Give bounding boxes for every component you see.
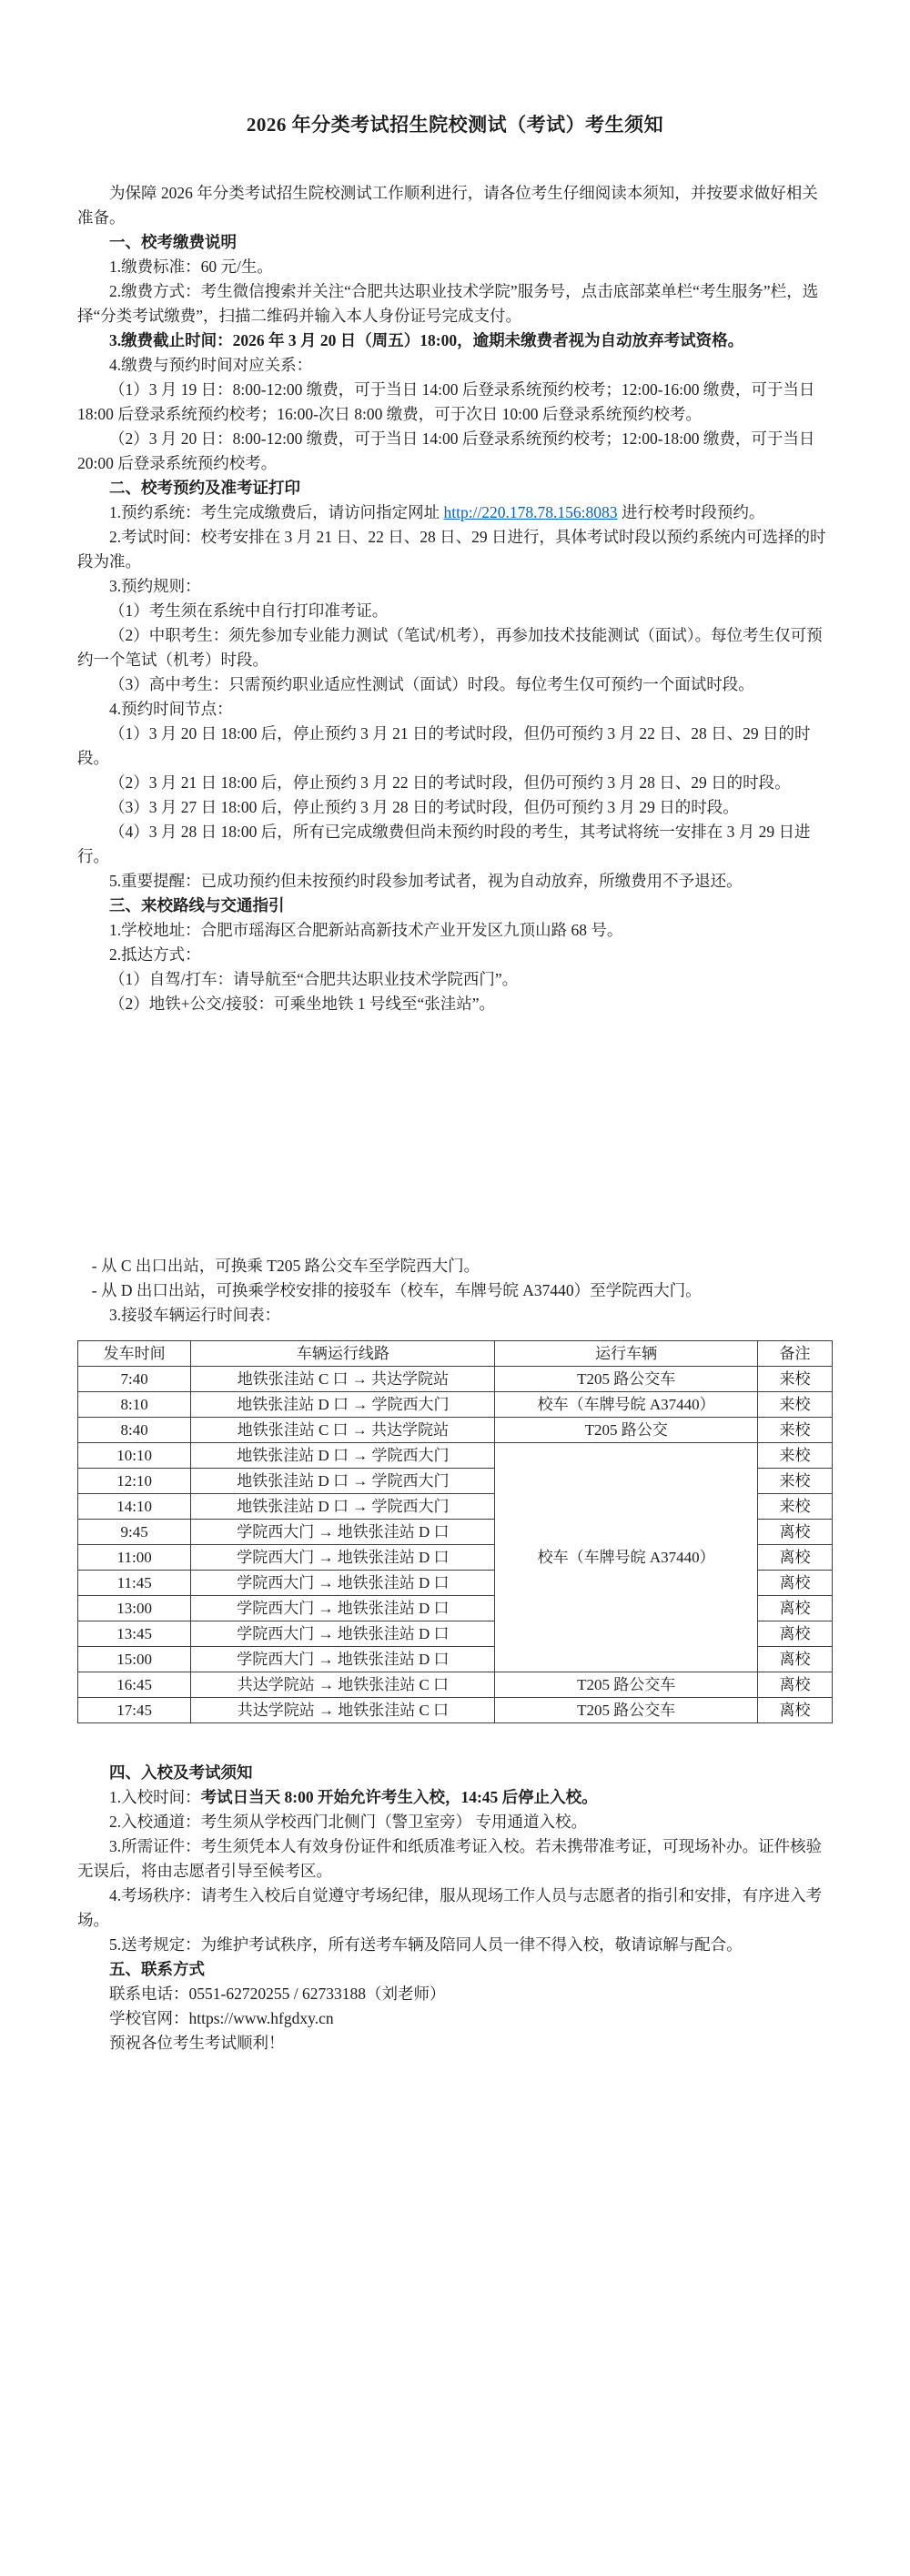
booking-deadline-1: （1）3 月 20 日 18:00 后，停止预约 3 月 21 日的考试时段，但… — [77, 722, 833, 771]
document-page: 2026 年分类考试招生院校测试（考试）考生须知 为保障 2026 年分类考试招… — [0, 0, 910, 2576]
cell-time: 9:45 — [78, 1520, 191, 1545]
booking-system-text-post: 进行校考时段预约。 — [618, 503, 765, 521]
table-header-row: 发车时间 车辆运行线路 运行车辆 备注 — [78, 1341, 833, 1367]
fee-standard: 1.缴费标准：60 元/生。 — [77, 255, 833, 279]
cell-note: 来校 — [757, 1443, 832, 1469]
cell-vehicle-merged: 校车（车牌号皖 A37440） — [495, 1443, 757, 1672]
exam-discipline: 4.考场秩序：请考生入校后自觉遵守考场纪律，服从现场工作人员与志愿者的指引和安排… — [77, 1884, 833, 1933]
entry-gate: 2.入校通道：考生须从学校西门北侧门（警卫室旁） 专用通道入校。 — [77, 1810, 833, 1834]
booking-deadlines: 4.预约时间节点： — [77, 697, 833, 722]
exam-time: 2.考试时间：校考安排在 3 月 21 日、22 日、28 日、29 日进行，具… — [77, 525, 833, 574]
booking-system-link[interactable]: http://220.178.78.156:8083 — [444, 503, 618, 521]
cell-route: 学院西大门 → 地铁张洼站 D 口 — [191, 1647, 495, 1672]
cell-route: 学院西大门 → 地铁张洼站 D 口 — [191, 1545, 495, 1571]
table-row: 16:45 共达学院站 → 地铁张洼站 C 口 T205 路公交车 离校 — [78, 1672, 833, 1698]
header-note: 备注 — [757, 1341, 832, 1367]
important-reminder: 5.重要提醒：已成功预约但未按预约时段参加考试者，视为自动放弃，所缴费用不予退还… — [77, 869, 833, 894]
cell-note: 离校 — [757, 1647, 832, 1672]
cell-time: 8:10 — [78, 1392, 191, 1418]
entry-time-label: 1.入校时间： — [109, 1788, 201, 1806]
cell-time: 17:45 — [78, 1698, 191, 1723]
cell-time: 7:40 — [78, 1367, 191, 1392]
contact-phone: 联系电话：0551-62720255 / 62733188（刘老师） — [77, 1982, 833, 2006]
escort-rule: 5.送考规定：为维护考试秩序，所有送考车辆及陪同人员一律不得入校，敬请谅解与配合… — [77, 1933, 833, 1957]
booking-rule-vocational: （2）中职考生：须先参加专业能力测试（笔试/机考），再参加技术技能测试（面试）。… — [77, 623, 833, 672]
header-vehicle: 运行车辆 — [495, 1341, 757, 1367]
booking-deadline-4: （4）3 月 28 日 18:00 后，所有已完成缴费但尚未预约时段的考生，其考… — [77, 820, 833, 869]
cell-route: 学院西大门 → 地铁张洼站 D 口 — [191, 1621, 495, 1647]
section5-heading: 五、联系方式 — [77, 1957, 833, 1982]
cell-note: 离校 — [757, 1520, 832, 1545]
section2-heading: 二、校考预约及准考证打印 — [77, 476, 833, 500]
closing-wish: 预祝各位考生考试顺利！ — [77, 2031, 833, 2056]
cell-vehicle: T205 路公交 — [495, 1418, 757, 1443]
fee-relation-march20: （2）3 月 20 日：8:00-12:00 缴费，可于当日 14:00 后登录… — [77, 427, 833, 476]
entry-time-line: 1.入校时间：考试日当天 8:00 开始允许考生入校，14:45 后停止入校。 — [77, 1785, 833, 1810]
exit-c-note: - 从 C 出口出站，可换乘 T205 路公交车至学院西大门。 — [77, 1254, 833, 1278]
shuttle-schedule-table: 发车时间 车辆运行线路 运行车辆 备注 7:40 地铁张洼站 C 口 → 共达学… — [77, 1340, 833, 1723]
school-address: 1.学校地址：合肥市瑶海区合肥新站高新技术产业开发区九顶山路 68 号。 — [77, 918, 833, 943]
fee-deadline: 3.缴费截止时间：2026 年 3 月 20 日（周五）18:00，逾期未缴费者… — [77, 328, 833, 353]
cell-vehicle: 校车（车牌号皖 A37440） — [495, 1392, 757, 1418]
cell-note: 离校 — [757, 1545, 832, 1571]
cell-note: 来校 — [757, 1392, 832, 1418]
fee-method: 2.缴费方式：考生微信搜索并关注“合肥共达职业技术学院”服务号，点击底部菜单栏“… — [77, 279, 833, 328]
cell-route: 地铁张洼站 D 口 → 学院西大门 — [191, 1469, 495, 1494]
section1-heading: 一、校考缴费说明 — [77, 230, 833, 255]
cell-time: 11:00 — [78, 1545, 191, 1571]
cell-time: 15:00 — [78, 1647, 191, 1672]
cell-time: 12:10 — [78, 1469, 191, 1494]
cell-time: 16:45 — [78, 1672, 191, 1698]
cell-route: 共达学院站 → 地铁张洼站 C 口 — [191, 1672, 495, 1698]
official-website-url: https://www.hfgdxy.cn — [189, 2009, 334, 2027]
table-row: 7:40 地铁张洼站 C 口 → 共达学院站 T205 路公交车 来校 — [78, 1367, 833, 1392]
booking-deadline-2: （2）3 月 21 日 18:00 后，停止预约 3 月 22 日的考试时段，但… — [77, 771, 833, 795]
required-documents: 3.所需证件：考生须凭本人有效身份证件和纸质准考证入校。若未携带准考证，可现场补… — [77, 1834, 833, 1884]
cell-route: 地铁张洼站 D 口 → 学院西大门 — [191, 1443, 495, 1469]
booking-deadline-3: （3）3 月 27 日 18:00 后，停止预约 3 月 28 日的考试时段，但… — [77, 795, 833, 820]
table-row: 10:10 地铁张洼站 D 口 → 学院西大门 校车（车牌号皖 A37440） … — [78, 1443, 833, 1469]
shuttle-timetable-label: 3.接驳车辆运行时间表： — [77, 1303, 833, 1328]
cell-vehicle: T205 路公交车 — [495, 1698, 757, 1723]
entry-time-bold: 考试日当天 8:00 开始允许考生入校，14:45 后停止入校。 — [201, 1788, 598, 1806]
cell-note: 离校 — [757, 1621, 832, 1647]
arrival-by-metro: （2）地铁+公交/接驳：可乘坐地铁 1 号线至“张洼站”。 — [77, 992, 833, 1016]
booking-rule-highschool: （3）高中考生：只需预约职业适应性测试（面试）时段。每位考生仅可预约一个面试时段… — [77, 672, 833, 697]
cell-route: 地铁张洼站 C 口 → 共达学院站 — [191, 1418, 495, 1443]
blank-area — [77, 1016, 833, 1254]
cell-time: 10:10 — [78, 1443, 191, 1469]
booking-rules: 3.预约规则： — [77, 574, 833, 599]
cell-vehicle: T205 路公交车 — [495, 1367, 757, 1392]
header-departure-time: 发车时间 — [78, 1341, 191, 1367]
cell-note: 来校 — [757, 1418, 832, 1443]
official-website-line: 学校官网：https://www.hfgdxy.cn — [77, 2006, 833, 2031]
table-row: 17:45 共达学院站 → 地铁张洼站 C 口 T205 路公交车 离校 — [78, 1698, 833, 1723]
cell-time: 14:10 — [78, 1494, 191, 1520]
official-website-label: 学校官网： — [109, 2009, 189, 2027]
cell-route: 地铁张洼站 C 口 → 共达学院站 — [191, 1367, 495, 1392]
cell-note: 来校 — [757, 1494, 832, 1520]
arrival-by-car: （1）自驾/打车：请导航至“合肥共达职业技术学院西门”。 — [77, 967, 833, 992]
intro-paragraph: 为保障 2026 年分类考试招生院校测试工作顺利进行，请各位考生仔细阅读本须知，… — [77, 181, 833, 230]
cell-time: 11:45 — [78, 1571, 191, 1596]
cell-route: 学院西大门 → 地铁张洼站 D 口 — [191, 1571, 495, 1596]
cell-note: 来校 — [757, 1469, 832, 1494]
cell-note: 来校 — [757, 1367, 832, 1392]
booking-system-line: 1.预约系统：考生完成缴费后，请访问指定网址 http://220.178.78… — [77, 500, 833, 525]
table-row: 8:40 地铁张洼站 C 口 → 共达学院站 T205 路公交 来校 — [78, 1418, 833, 1443]
booking-rule-print: （1）考生须在系统中自行打印准考证。 — [77, 599, 833, 623]
cell-route: 共达学院站 → 地铁张洼站 C 口 — [191, 1698, 495, 1723]
table-row: 8:10 地铁张洼站 D 口 → 学院西大门 校车（车牌号皖 A37440） 来… — [78, 1392, 833, 1418]
exit-d-note: - 从 D 出口出站，可换乘学校安排的接驳车（校车，车牌号皖 A37440）至学… — [77, 1278, 833, 1303]
header-route: 车辆运行线路 — [191, 1341, 495, 1367]
fee-booking-relation: 4.缴费与预约时间对应关系： — [77, 353, 833, 378]
document-title: 2026 年分类考试招生院校测试（考试）考生须知 — [77, 111, 833, 138]
cell-time: 13:00 — [78, 1596, 191, 1621]
cell-time: 8:40 — [78, 1418, 191, 1443]
section4-heading: 四、入校及考试须知 — [77, 1761, 833, 1785]
cell-route: 地铁张洼站 D 口 → 学院西大门 — [191, 1392, 495, 1418]
cell-route: 学院西大门 → 地铁张洼站 D 口 — [191, 1520, 495, 1545]
cell-note: 离校 — [757, 1571, 832, 1596]
cell-note: 离校 — [757, 1698, 832, 1723]
cell-vehicle: T205 路公交车 — [495, 1672, 757, 1698]
section3-heading: 三、来校路线与交通指引 — [77, 894, 833, 918]
booking-system-text-pre: 1.预约系统：考生完成缴费后，请访问指定网址 — [109, 503, 444, 521]
cell-route: 地铁张洼站 D 口 → 学院西大门 — [191, 1494, 495, 1520]
arrival-methods: 2.抵达方式： — [77, 943, 833, 967]
cell-note: 离校 — [757, 1596, 832, 1621]
cell-route: 学院西大门 → 地铁张洼站 D 口 — [191, 1596, 495, 1621]
cell-time: 13:45 — [78, 1621, 191, 1647]
fee-relation-march19: （1）3 月 19 日：8:00-12:00 缴费，可于当日 14:00 后登录… — [77, 378, 833, 427]
cell-note: 离校 — [757, 1672, 832, 1698]
